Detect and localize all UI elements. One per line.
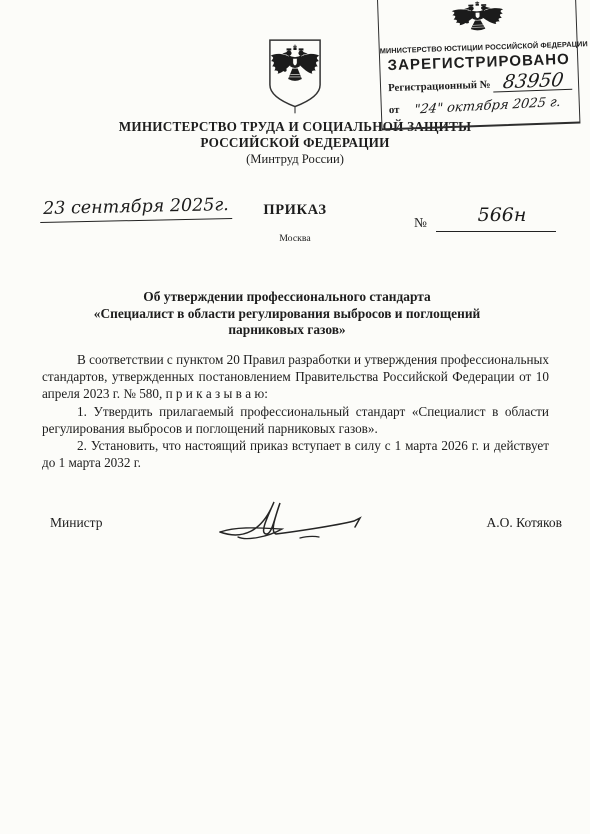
ministry-header: МИНИСТЕРСТВО ТРУДА И СОЦИАЛЬНОЙ ЗАЩИТЫ Р… [0,119,590,168]
ministry-name-line2: РОССИЙСКОЙ ФЕДЕРАЦИИ [0,135,590,151]
stamp-date-line: от "24" октября 2025 г. [389,96,575,117]
russian-coat-of-arms-icon [261,36,329,114]
registration-number-value: 83950 [501,73,564,90]
order-city: Москва [0,233,590,244]
signature-scribble [212,488,380,550]
body-paragraph-2: 1. Утвердить прилагаемый профессиональны… [42,403,549,437]
signer-name: А.О. Котяков [458,515,562,531]
body-paragraph-3: 2. Установить, что настоящий приказ всту… [42,437,549,471]
stamp-date-value: "24" октября 2025 г. [398,94,576,118]
scanned-order-document: МИНИСТЕРСТВО ЮСТИЦИИ РОССИЙСКОЙ ФЕДЕРАЦИ… [0,0,590,834]
registration-number-label: Регистрационный № [388,79,491,97]
body-paragraph-1: В соответствии с пунктом 20 Правил разра… [42,351,549,403]
document-title: Об утверждении профессионального стандар… [12,289,562,339]
ministry-short-name: (Минтруд России) [0,152,590,168]
document-title-line2: «Специалист в области регулирования выбр… [12,306,562,323]
stamp-registration-line: Регистрационный № 83950 [388,73,572,96]
justice-eagle-icon [449,0,506,40]
registration-number-line: 83950 [493,73,572,93]
document-title-line3: парниковых газов» [12,322,562,339]
document-body: В соответствии с пунктом 20 Правил разра… [42,351,549,471]
order-number-value: 566н [452,204,552,226]
justice-registration-stamp: МИНИСТЕРСТВО ЮСТИЦИИ РОССИЙСКОЙ ФЕДЕРАЦИ… [377,0,581,130]
order-number-line [436,231,556,232]
signer-position: Министр [50,515,102,531]
stamp-date-prefix: от [389,104,400,116]
document-title-line1: Об утверждении профессионального стандар… [12,289,562,306]
order-number-label: № [414,215,427,231]
